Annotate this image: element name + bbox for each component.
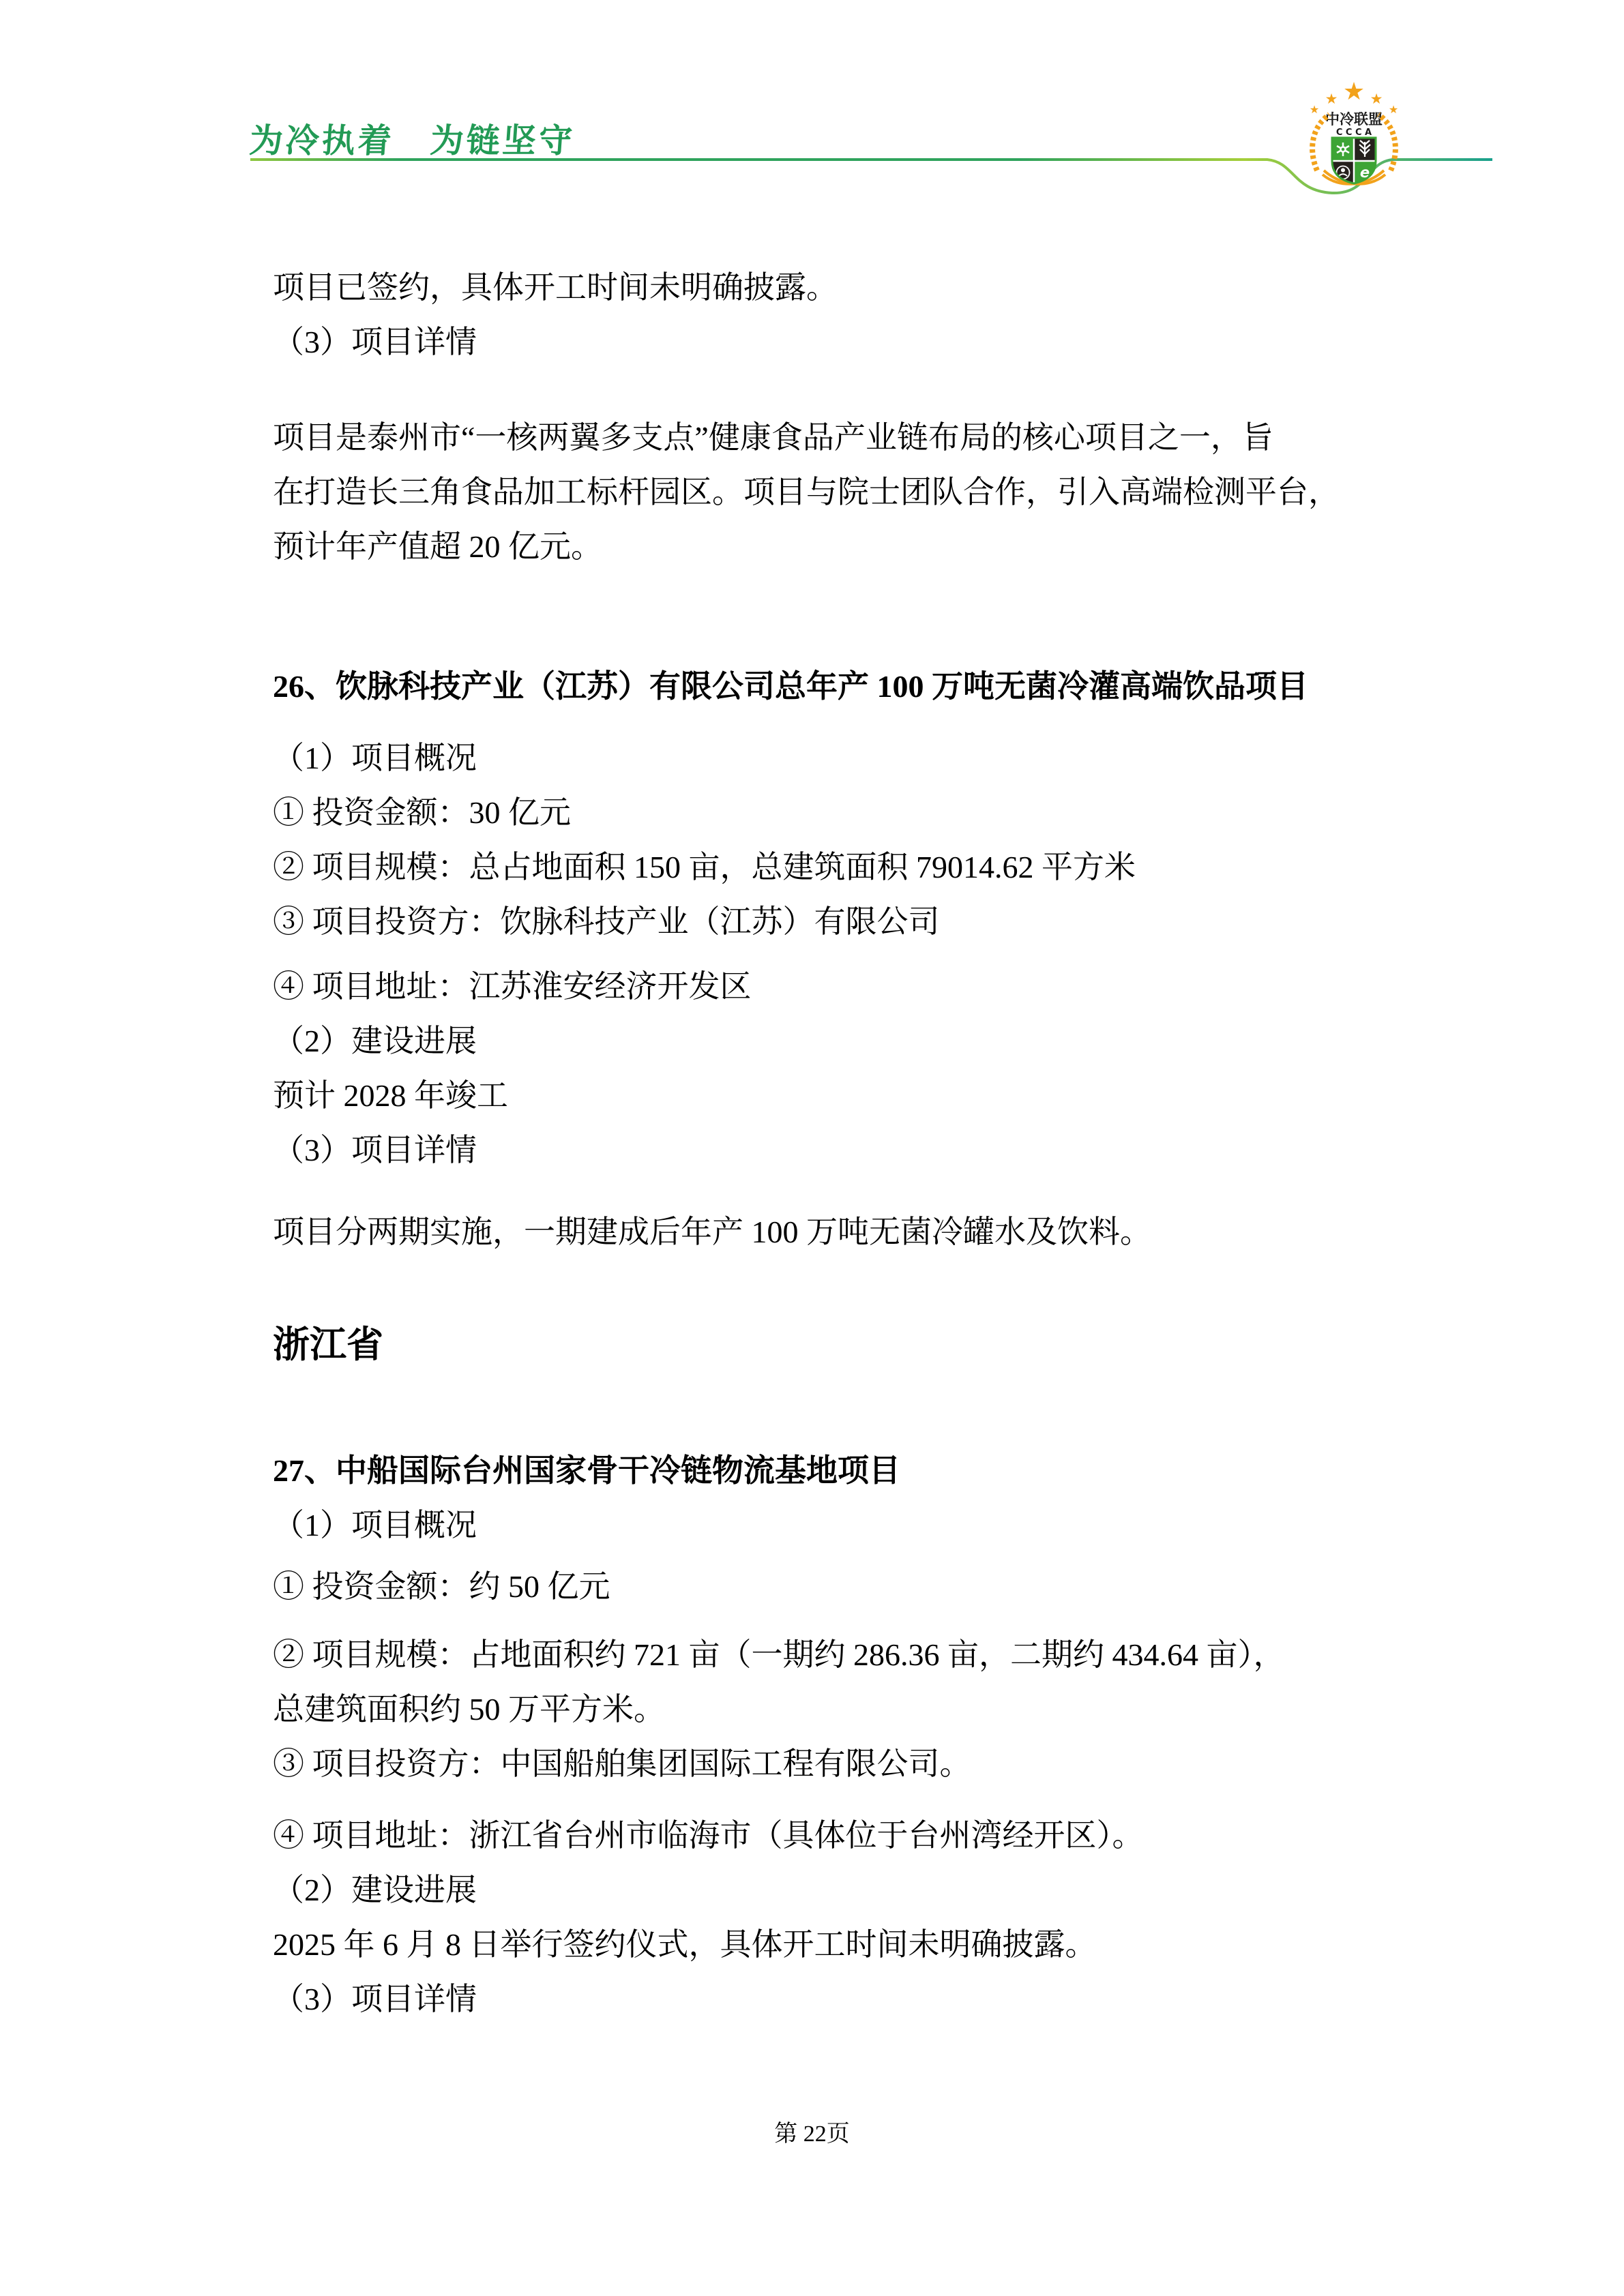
paragraph-line: 项目分两期实施，一期建成后年产 100 万吨无菌冷罐水及饮料。 [273,1205,1354,1259]
logo-org-name-en: C C C A [1336,128,1372,138]
subheading-line: （1）项目概况 [273,1498,1354,1553]
logo-org-name-cn: 中冷联盟 [1325,111,1383,128]
list-item: ② 项目规模：总占地面积 150 亩，总建筑面积 79014.62 平方米 [273,840,1354,895]
subheading-line: （1）项目概况 [273,731,1354,786]
list-item: ③ 项目投资方：中国船舶集团国际工程有限公司。 [273,1737,1354,1791]
project-heading-27: 27、中船国际台州国家骨干冷链物流基地项目 [273,1444,1354,1498]
project-heading-26: 26、饮脉科技产业（江苏）有限公司总年产 100 万吨无菌冷灌高端饮品项目 [273,659,1354,714]
list-item: ② 项目规模：占地面积约 721 亩（一期约 286.36 亩，二期约 434.… [273,1628,1354,1682]
star-icon: ★ [1325,91,1338,107]
subheading-line: （2）建设进展 [273,1014,1354,1069]
list-item-continuation: 总建筑面积约 50 万平方米。 [273,1682,1354,1737]
star-icon: ★ [1310,103,1319,116]
star-row: ★ ★ ★ ★ ★ [1310,79,1398,116]
cold-chain-alliance-logo: ★ ★ ★ ★ ★ 中冷联盟 C C C A [1298,79,1410,187]
paragraph-line: 预计年产值超 20 亿元。 [273,520,1354,574]
paragraph-line: 项目是泰州市“一核两翼多支点”健康食品产业链布局的核心项目之一，旨 [273,411,1354,465]
text-line: 2025 年 6 月 8 日举行签约仪式，具体开工时间未明确披露。 [273,1918,1354,1972]
header-slogan: 为冷执着 为链坚守 [248,115,577,162]
subheading-line: （3）项目详情 [273,315,1354,370]
subheading-line: （3）项目详情 [273,1123,1354,1178]
paragraph-line: 在打造长三角食品加工标杆园区。项目与院士团队合作，引入高端检测平台， [273,465,1354,520]
star-icon: ★ [1370,91,1383,107]
section-heading-zhejiang: 浙江省 [273,1311,1354,1379]
subheading-line: （2）建设进展 [273,1863,1354,1918]
document-page: 为冷执着 为链坚守 ★ ★ ★ ★ ★ 中冷联盟 C C C A [0,0,1624,2296]
star-icon: ★ [1343,79,1365,106]
text-line: 预计 2028 年竣工 [273,1069,1354,1123]
star-icon: ★ [1389,103,1398,116]
list-item: ④ 项目地址：浙江省台州市临海市（具体位于台州湾经开区）。 [273,1808,1354,1863]
document-body: 项目已签约，具体开工时间未明确披露。 （3）项目详情 项目是泰州市“一核两翼多支… [273,260,1354,2027]
list-item: ③ 项目投资方：饮脉科技产业（江苏）有限公司 [273,895,1354,949]
list-item: ① 投资金额：30 亿元 [273,786,1354,840]
list-item: ④ 项目地址：江苏淮安经济开发区 [273,959,1354,1014]
subheading-line: （3）项目详情 [273,1972,1354,2027]
page-number: 第 22页 [0,2119,1624,2149]
text-line: 项目已签约，具体开工时间未明确披露。 [273,260,1354,315]
list-item: ① 投资金额：约 50 亿元 [273,1560,1354,1614]
